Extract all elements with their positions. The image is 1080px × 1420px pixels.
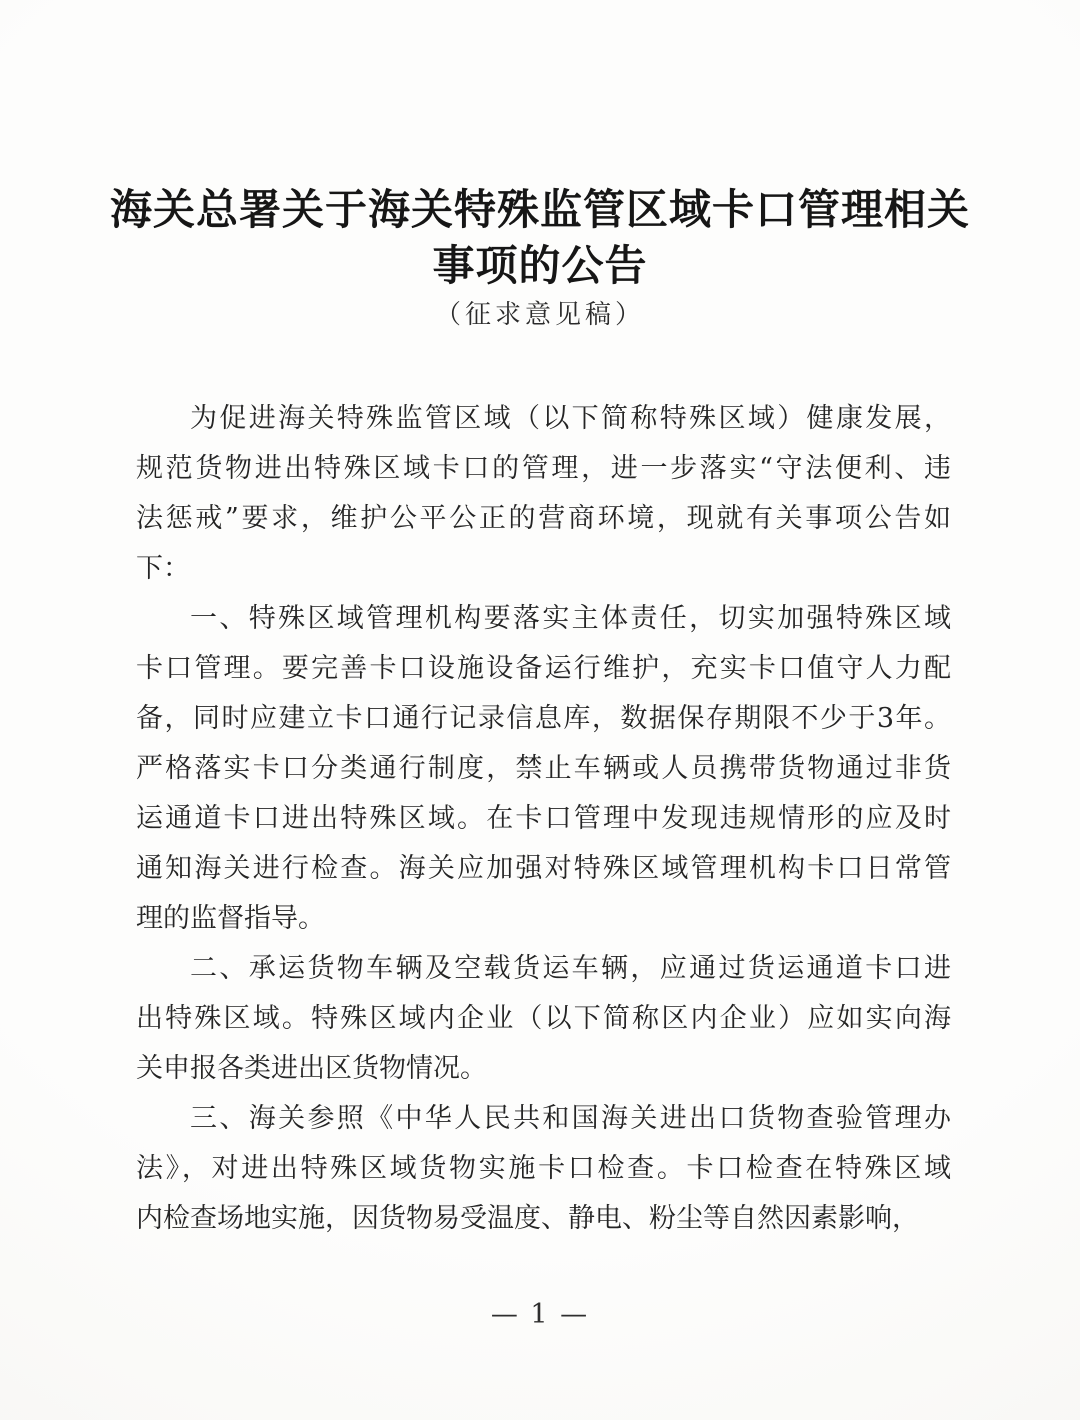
- text-line: 法惩戒”要求，维护公平公正的营商环境，现就有关事项公告如: [136, 494, 951, 544]
- document-body: 为促进海关特殊监管区域（以下简称特殊区域）健康发展，规范货物进出特殊区域卡口的管…: [136, 394, 951, 1244]
- paragraph-item-2: 二、承运货物车辆及空载货运车辆，应通过货运通道卡口进出特殊区域。特殊区域内企业（…: [136, 944, 951, 1094]
- title-line: 海关总署关于海关特殊监管区域卡口管理相关: [0, 182, 1080, 238]
- text-line: 严格落实卡口分类通行制度，禁止车辆或人员携带货物通过非货: [136, 744, 951, 794]
- text-line: 运通道卡口进出特殊区域。在卡口管理中发现违规情形的应及时: [136, 794, 951, 844]
- paragraph-item-3: 三、海关参照《中华人民共和国海关进出口货物查验管理办法》，对进出特殊区域货物实施…: [136, 1094, 951, 1244]
- page-number: — 1 —: [0, 1298, 1080, 1332]
- document-title: 海关总署关于海关特殊监管区域卡口管理相关事项的公告: [0, 182, 1080, 294]
- text-line: 下：: [136, 544, 951, 594]
- text-line: 三、海关参照《中华人民共和国海关进出口货物查验管理办: [136, 1094, 951, 1144]
- title-line: 事项的公告: [0, 238, 1080, 294]
- document-page: 海关总署关于海关特殊监管区域卡口管理相关事项的公告 （征求意见稿） 为促进海关特…: [0, 0, 1080, 1420]
- text-line: 关申报各类进出区货物情况。: [136, 1044, 951, 1094]
- text-line: 出特殊区域。特殊区域内企业（以下简称区内企业）应如实向海: [136, 994, 951, 1044]
- text-line: 理的监督指导。: [136, 894, 951, 944]
- text-line: 一、特殊区域管理机构要落实主体责任，切实加强特殊区域: [136, 594, 951, 644]
- text-line: 法》，对进出特殊区域货物实施卡口检查。卡口检查在特殊区域: [136, 1144, 951, 1194]
- document-subtitle: （征求意见稿）: [0, 298, 1080, 332]
- paragraph-item-1: 一、特殊区域管理机构要落实主体责任，切实加强特殊区域卡口管理。要完善卡口设施设备…: [136, 594, 951, 944]
- text-line: 备，同时应建立卡口通行记录信息库，数据保存期限不少于3年。: [136, 694, 951, 744]
- text-line: 二、承运货物车辆及空载货运车辆，应通过货运通道卡口进: [136, 944, 951, 994]
- text-line: 内检查场地实施，因货物易受温度、静电、粉尘等自然因素影响，: [136, 1194, 951, 1244]
- paragraph-intro: 为促进海关特殊监管区域（以下简称特殊区域）健康发展，规范货物进出特殊区域卡口的管…: [136, 394, 951, 594]
- text-line: 通知海关进行检查。海关应加强对特殊区域管理机构卡口日常管: [136, 844, 951, 894]
- text-line: 卡口管理。要完善卡口设施设备运行维护，充实卡口值守人力配: [136, 644, 951, 694]
- text-line: 规范货物进出特殊区域卡口的管理，进一步落实“守法便利、违: [136, 444, 951, 494]
- text-line: 为促进海关特殊监管区域（以下简称特殊区域）健康发展，: [136, 394, 951, 444]
